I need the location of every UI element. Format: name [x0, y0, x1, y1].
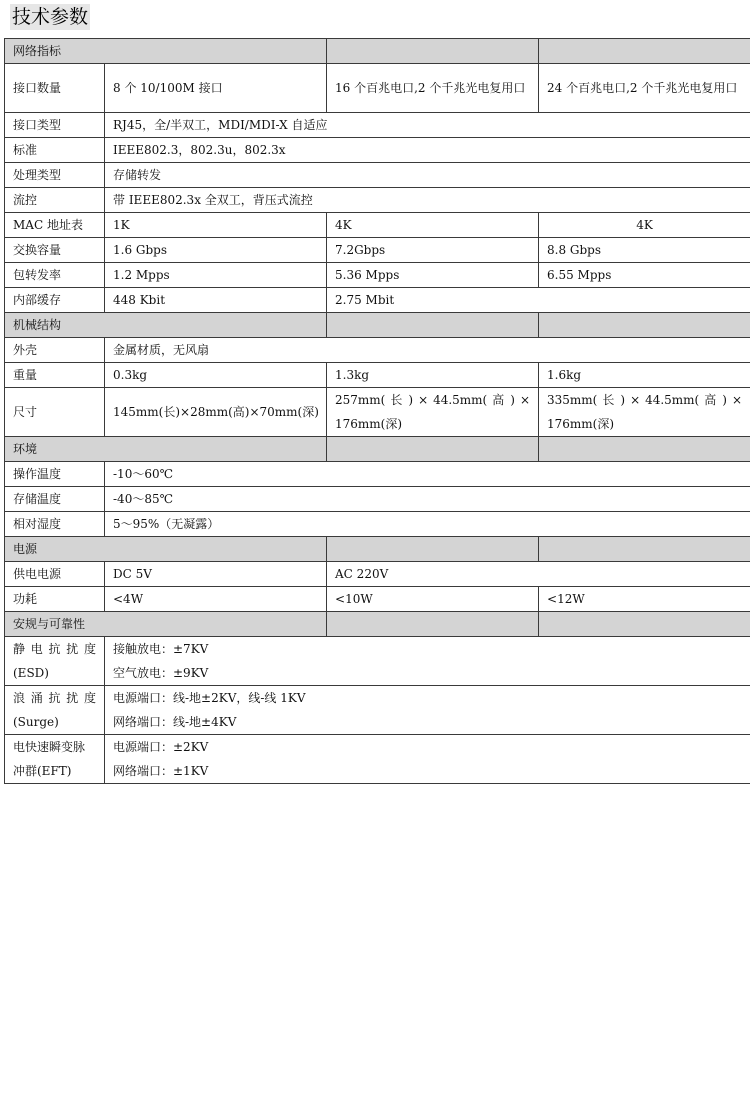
- table-row-port-type: 接口类型 RJ45，全/半双工，MDI/MDI-X 自适应: [5, 113, 750, 138]
- row-label: 包转发率: [5, 263, 105, 288]
- label-line-1: 电快速瞬变脉: [13, 735, 96, 759]
- section-title: 网络指标: [5, 39, 327, 64]
- cell-24port: 8.8 Gbps: [539, 238, 750, 263]
- cell-16-24port: 2.75 Mbit: [327, 288, 750, 313]
- row-label: 供电电源: [5, 562, 105, 587]
- label-line-1: 浪涌抗扰度: [13, 686, 96, 710]
- section-header-mechanical: 机械结构: [5, 313, 750, 338]
- cell-value: IEEE802.3，802.3u，802.3x: [105, 138, 750, 163]
- row-label: 外壳: [5, 338, 105, 363]
- table-row-eft: 电快速瞬变脉 冲群(EFT) 电源端口：±2KV 网络端口：±1KV: [5, 735, 750, 784]
- table-row-capacity: 交换容量 1.6 Gbps 7.2Gbps 8.8 Gbps: [5, 238, 750, 263]
- value-line-1: 电源端口：±2KV: [113, 735, 742, 759]
- table-row-op-temp: 操作温度 -10～60℃: [5, 462, 750, 487]
- label-line-2: (ESD): [13, 661, 96, 685]
- cell-24port: 4K: [539, 213, 750, 238]
- value-line-2: 空气放电：±9KV: [113, 661, 742, 685]
- cell-8port: 448 Kbit: [105, 288, 327, 313]
- cell-24port: <12W: [539, 587, 750, 612]
- row-label: 存储温度: [5, 487, 105, 512]
- cell-value: 金属材质，无风扇: [105, 338, 750, 363]
- cell-16port: 257mm( 长 ) × 44.5mm( 高 ) × 176mm(深): [327, 388, 539, 437]
- section-header-power: 电源: [5, 537, 750, 562]
- row-label: 交换容量: [5, 238, 105, 263]
- table-row-buffer: 内部缓存 448 Kbit 2.75 Mbit: [5, 288, 750, 313]
- cell-16port: <10W: [327, 587, 539, 612]
- row-label: 相对湿度: [5, 512, 105, 537]
- blank-cell: [327, 313, 539, 338]
- row-label: 电快速瞬变脉 冲群(EFT): [5, 735, 105, 784]
- table-row-consumption: 功耗 <4W <10W <12W: [5, 587, 750, 612]
- table-row-forwarding: 包转发率 1.2 Mpps 5.36 Mpps 6.55 Mpps: [5, 263, 750, 288]
- table-row-esd: 静电抗扰度 (ESD) 接触放电：±7KV 空气放电：±9KV: [5, 637, 750, 686]
- row-label: 尺寸: [5, 388, 105, 437]
- cell-8port: <4W: [105, 587, 327, 612]
- row-label: 浪涌抗扰度 (Surge): [5, 686, 105, 735]
- blank-cell: [327, 437, 539, 462]
- label-line-2: 冲群(EFT): [13, 759, 96, 783]
- cell-16-24port: AC 220V: [327, 562, 750, 587]
- table-row-size: 尺寸 145mm(长)×28mm(高)×70mm(深) 257mm( 长 ) ×…: [5, 388, 750, 437]
- cell-value: 存储转发: [105, 163, 750, 188]
- cell-16port: 4K: [327, 213, 539, 238]
- page-title: 技术参数: [10, 4, 90, 30]
- section-header-network: 网络指标: [5, 39, 750, 64]
- table-row-processing: 处理类型 存储转发: [5, 163, 750, 188]
- cell-16port: 7.2Gbps: [327, 238, 539, 263]
- blank-cell: [539, 537, 750, 562]
- cell-24port: 1.6kg: [539, 363, 750, 388]
- row-label: MAC 地址表: [5, 213, 105, 238]
- cell-24port: 335mm( 长 ) × 44.5mm( 高 ) × 176mm(深): [539, 388, 750, 437]
- size-line-1: 257mm( 长 ) × 44.5mm( 高 ) ×: [335, 388, 530, 412]
- cell-24port: 24 个百兆电口,2 个千兆光电复用口: [539, 64, 750, 113]
- table-row-storage-temp: 存储温度 -40～85℃: [5, 487, 750, 512]
- blank-cell: [539, 39, 750, 64]
- cell-8port: 1.6 Gbps: [105, 238, 327, 263]
- table-row-shell: 外壳 金属材质，无风扇: [5, 338, 750, 363]
- size-line-2: 176mm(深): [547, 412, 742, 436]
- row-label: 流控: [5, 188, 105, 213]
- table-row-humidity: 相对湿度 5～95%（无凝露）: [5, 512, 750, 537]
- blank-cell: [327, 39, 539, 64]
- table-row-surge: 浪涌抗扰度 (Surge) 电源端口：线-地±2KV，线-线 1KV 网络端口：…: [5, 686, 750, 735]
- label-line-1: 静电抗扰度: [13, 637, 96, 661]
- value-line-1: 电源端口：线-地±2KV，线-线 1KV: [113, 686, 742, 710]
- section-header-compliance: 安规与可靠性: [5, 612, 750, 637]
- cell-value: 带 IEEE802.3x 全双工，背压式流控: [105, 188, 750, 213]
- cell-value: 电源端口：±2KV 网络端口：±1KV: [105, 735, 750, 784]
- value-line-2: 网络端口：线-地±4KV: [113, 710, 742, 734]
- value-line-2: 网络端口：±1KV: [113, 759, 742, 783]
- row-label: 处理类型: [5, 163, 105, 188]
- cell-8port: 1.2 Mpps: [105, 263, 327, 288]
- cell-value: 接触放电：±7KV 空气放电：±9KV: [105, 637, 750, 686]
- section-title: 环境: [5, 437, 327, 462]
- cell-8port: 1K: [105, 213, 327, 238]
- blank-cell: [539, 437, 750, 462]
- spec-table: 网络指标 接口数量 8 个 10/100M 接口 16 个百兆电口,2 个千兆光…: [4, 38, 750, 784]
- cell-value: 5～95%（无凝露）: [105, 512, 750, 537]
- row-label: 接口类型: [5, 113, 105, 138]
- cell-24port: 6.55 Mpps: [539, 263, 750, 288]
- cell-value: -40～85℃: [105, 487, 750, 512]
- table-row-flow-control: 流控 带 IEEE802.3x 全双工，背压式流控: [5, 188, 750, 213]
- table-row-weight: 重量 0.3kg 1.3kg 1.6kg: [5, 363, 750, 388]
- table-row-ports: 接口数量 8 个 10/100M 接口 16 个百兆电口,2 个千兆光电复用口 …: [5, 64, 750, 113]
- table-row-supply: 供电电源 DC 5V AC 220V: [5, 562, 750, 587]
- value-line-1: 接触放电：±7KV: [113, 637, 742, 661]
- row-label: 接口数量: [5, 64, 105, 113]
- table-row-standard: 标准 IEEE802.3，802.3u，802.3x: [5, 138, 750, 163]
- blank-cell: [539, 612, 750, 637]
- blank-cell: [539, 313, 750, 338]
- cell-16port: 16 个百兆电口,2 个千兆光电复用口: [327, 64, 539, 113]
- size-line-1: 335mm( 长 ) × 44.5mm( 高 ) ×: [547, 388, 742, 412]
- section-title: 安规与可靠性: [5, 612, 327, 637]
- cell-16port: 5.36 Mpps: [327, 263, 539, 288]
- row-label: 标准: [5, 138, 105, 163]
- blank-cell: [327, 612, 539, 637]
- row-label: 操作温度: [5, 462, 105, 487]
- row-label: 内部缓存: [5, 288, 105, 313]
- row-label: 重量: [5, 363, 105, 388]
- section-header-environment: 环境: [5, 437, 750, 462]
- cell-value: 电源端口：线-地±2KV，线-线 1KV 网络端口：线-地±4KV: [105, 686, 750, 735]
- size-line-2: 176mm(深): [335, 412, 530, 436]
- cell-8port: DC 5V: [105, 562, 327, 587]
- label-line-2: (Surge): [13, 710, 96, 734]
- cell-value: -10～60℃: [105, 462, 750, 487]
- cell-8port: 8 个 10/100M 接口: [105, 64, 327, 113]
- blank-cell: [327, 537, 539, 562]
- cell-8port: 145mm(长)×28mm(高)×70mm(深): [105, 388, 327, 437]
- cell-8port: 0.3kg: [105, 363, 327, 388]
- section-title: 电源: [5, 537, 327, 562]
- row-label: 功耗: [5, 587, 105, 612]
- section-title: 机械结构: [5, 313, 327, 338]
- row-label: 静电抗扰度 (ESD): [5, 637, 105, 686]
- cell-16port: 1.3kg: [327, 363, 539, 388]
- table-row-mac: MAC 地址表 1K 4K 4K: [5, 213, 750, 238]
- cell-value: RJ45，全/半双工，MDI/MDI-X 自适应: [105, 113, 750, 138]
